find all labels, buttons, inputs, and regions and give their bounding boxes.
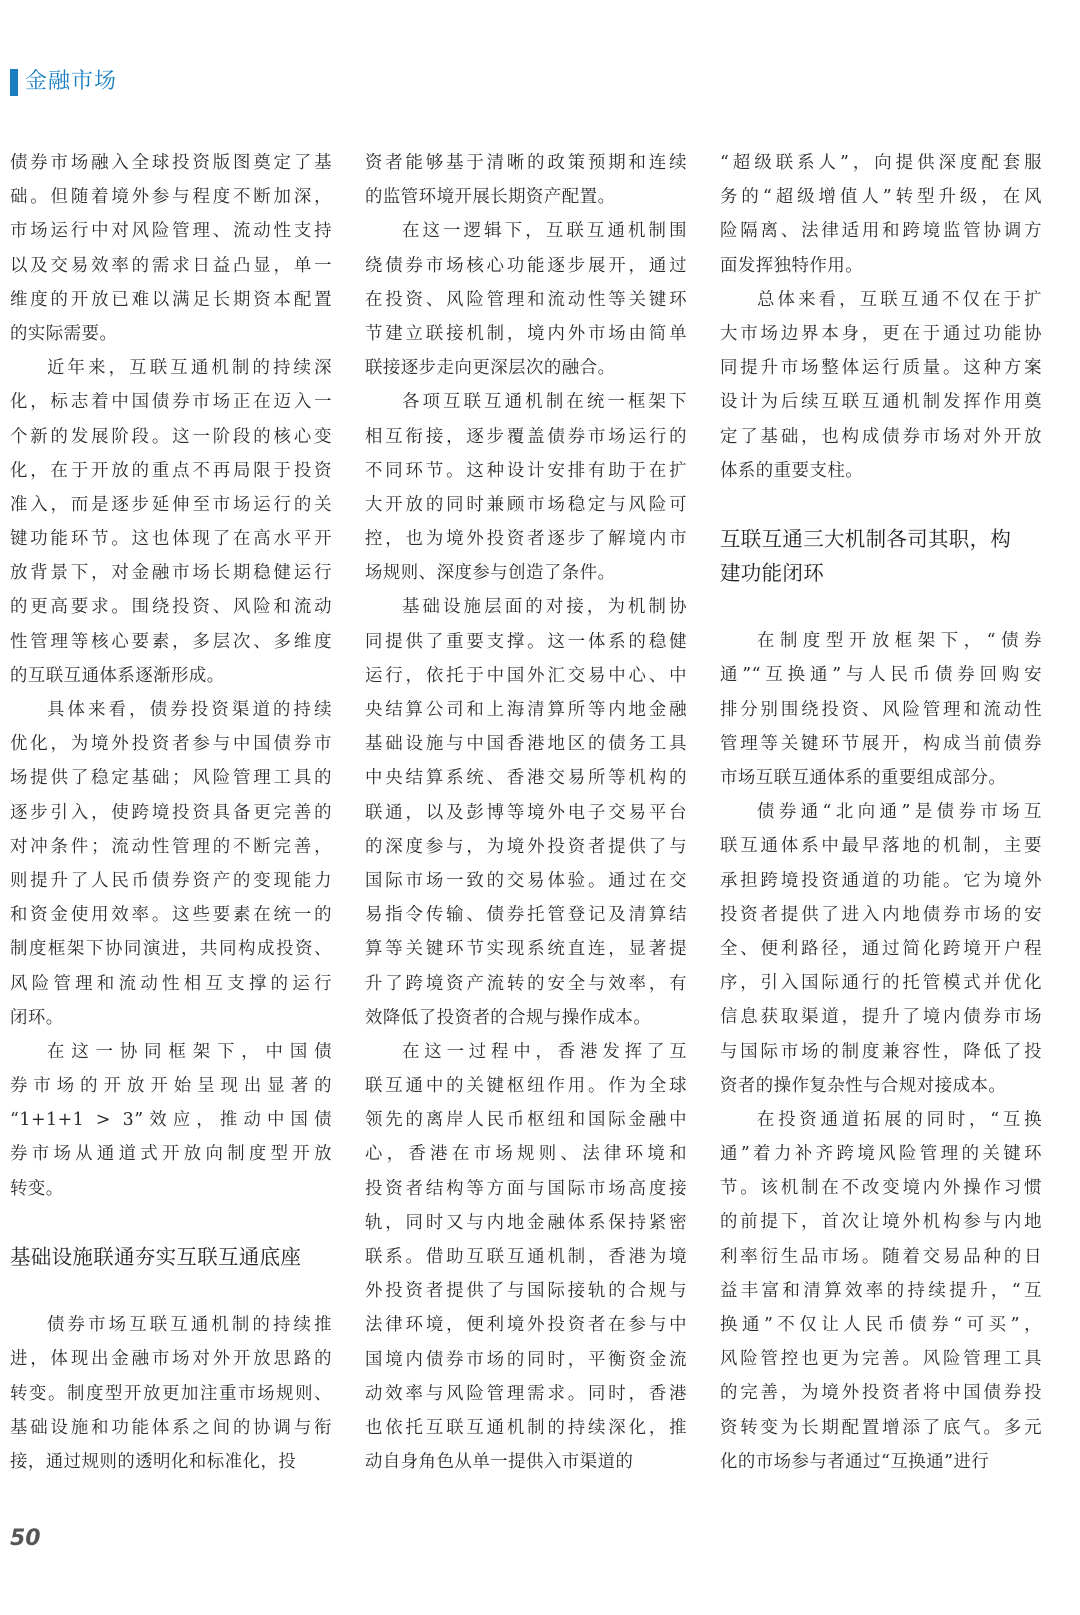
text-line: 动自身角色从单一提供入市渠道的 [365, 1445, 687, 1479]
text-line: 转变。 [10, 1172, 332, 1206]
text-line: 投资者结构等方面与国际市场高度接 [365, 1172, 687, 1206]
text-line: 益丰富和清算效率的持续提升，“互 [720, 1274, 1042, 1308]
text-line: “1+1+1 > 3”效应，推动中国债 [10, 1103, 332, 1137]
text-line: 优化，为境外投资者参与中国债券市 [10, 727, 332, 761]
text-line: 接，通过规则的透明化和标准化，投 [10, 1445, 332, 1479]
article-column-3: “超级联系人”，向提供深度配套服务的“超级增值人”转型升级，在风险隔离、法律适用… [720, 146, 1042, 1479]
paragraph: 在这一过程中，香港发挥了互联互通中的关键枢纽作用。作为全球领先的离岸人民币枢纽和… [365, 1035, 687, 1479]
text-line: 化，在于开放的重点不再局限于投资 [10, 454, 332, 488]
text-line: 则提升了人民币债券资产的变现能力 [10, 864, 332, 898]
text-line: 算等关键环节实现系统直连，显著提 [365, 932, 687, 966]
text-line: 节建立联接机制，境内外市场由简单 [365, 317, 687, 351]
text-line: 具体来看，债券投资渠道的持续 [10, 693, 332, 727]
text-line: 对冲条件；流动性管理的不断完善， [10, 830, 332, 864]
text-line: 基础设施层面的对接，为机制协 [365, 590, 687, 624]
heading-line: 基础设施联通夯实互联互通底座 [10, 1240, 332, 1274]
text-line: 联互通中的关键枢纽作用。作为全球 [365, 1069, 687, 1103]
spacer [720, 590, 1042, 624]
paragraph: 债券市场融入全球投资版图奠定了基础。但随着境外参与程度不断加深，市场运行中对风险… [10, 146, 332, 351]
text-line: 基础设施和功能体系之间的协调与衔 [10, 1411, 332, 1445]
article-column-1: 债券市场融入全球投资版图奠定了基础。但随着境外参与程度不断加深，市场运行中对风险… [10, 146, 332, 1479]
paragraph: 近年来，互联互通机制的持续深化，标志着中国债券市场正在迈入一个新的发展阶段。这一… [10, 351, 332, 693]
text-line: 近年来，互联互通机制的持续深 [10, 351, 332, 385]
text-line: 券市场的开放开始呈现出显著的 [10, 1069, 332, 1103]
text-line: 风险管控也更为完善。风险管理工具 [720, 1342, 1042, 1376]
text-line: 债券市场互联互通机制的持续推 [10, 1308, 332, 1342]
text-line: 联接逐步走向更深层次的融合。 [365, 351, 687, 385]
text-line: 控，也为境外投资者逐步了解境内市 [365, 522, 687, 556]
text-line: 险隔离、法律适用和跨境监管协调方 [720, 214, 1042, 248]
text-line: 键功能环节。这也体现了在高水平开 [10, 522, 332, 556]
text-line: 资者能够基于清晰的政策预期和连续 [365, 146, 687, 180]
paragraph: 在这一逻辑下，互联互通机制围绕债券市场核心功能逐步展开，通过在投资、风险管理和流… [365, 214, 687, 385]
text-line: 升了跨境资产流转的安全与效率，有 [365, 967, 687, 1001]
heading-line: 互联互通三大机制各司其职，构 [720, 522, 1042, 556]
text-line: 全、便利路径，通过简化跨境开户程 [720, 932, 1042, 966]
text-line: 资者的操作复杂性与合规对接成本。 [720, 1069, 1042, 1103]
text-line: 体系的重要支柱。 [720, 454, 1042, 488]
text-line: 大市场边界本身，更在于通过功能协 [720, 317, 1042, 351]
paragraph: 具体来看，债券投资渠道的持续优化，为境外投资者参与中国债券市场提供了稳定基础；风… [10, 693, 332, 1035]
text-line: 闭环。 [10, 1001, 332, 1035]
section-heading: 基础设施联通夯实互联互通底座 [10, 1240, 332, 1274]
text-line: 各项互联互通机制在统一框架下 [365, 385, 687, 419]
text-line: 在这一逻辑下，互联互通机制围 [365, 214, 687, 248]
text-line: 制度框架下协同演进，共同构成投资、 [10, 932, 332, 966]
text-line: 国境内债券市场的同时，平衡资金流 [365, 1343, 687, 1377]
text-line: 的完善，为境外投资者将中国债券投 [720, 1376, 1042, 1410]
text-line: 联通，以及彭博等境外电子交易平台 [365, 796, 687, 830]
text-line: 场规则、深度参与创造了条件。 [365, 556, 687, 590]
text-line: 节。该机制在不改变境内外操作习惯 [720, 1171, 1042, 1205]
text-line: 和资金使用效率。这些要素在统一的 [10, 898, 332, 932]
text-line: 总体来看，互联互通不仅在于扩 [720, 283, 1042, 317]
text-line: 在制度型开放框架下，“债券 [720, 624, 1042, 658]
text-line: 在投资通道拓展的同时，“互换 [720, 1103, 1042, 1137]
text-line: 利率衍生品市场。随着交易品种的日 [720, 1240, 1042, 1274]
text-line: 设计为后续互联互通机制发挥作用奠 [720, 385, 1042, 419]
text-line: 相互衔接，逐步覆盖债券市场运行的 [365, 420, 687, 454]
section-header: 金融市场 [10, 66, 117, 98]
text-line: 以及交易效率的需求日益凸显，单一 [10, 249, 332, 283]
section-heading: 互联互通三大机制各司其职，构建功能闭环 [720, 522, 1042, 590]
text-line: 债券市场融入全球投资版图奠定了基 [10, 146, 332, 180]
page-number: 50 [10, 1526, 41, 1551]
text-line: 化的市场参与者通过“互换通”进行 [720, 1445, 1042, 1479]
text-line: 进，体现出金融市场对外开放思路的 [10, 1342, 332, 1376]
paragraph: 各项互联互通机制在统一框架下相互衔接，逐步覆盖债券市场运行的不同环节。这种设计安… [365, 385, 687, 590]
text-line: 在这一协同框架下，中国债 [10, 1035, 332, 1069]
paragraph: 在制度型开放框架下，“债券通”“互换通”与人民币债券回购安排分别围绕投资、风险管… [720, 624, 1042, 795]
text-line: 轨，同时又与内地金融体系保持紧密 [365, 1206, 687, 1240]
text-line: 通”着力补齐跨境风险管理的关键环 [720, 1137, 1042, 1171]
text-line: 的监管环境开展长期资产配置。 [365, 180, 687, 214]
paragraph: 资者能够基于清晰的政策预期和连续的监管环境开展长期资产配置。 [365, 146, 687, 214]
text-line: 投资者提供了进入内地债券市场的安 [720, 898, 1042, 932]
text-line: 序，引入国际通行的托管模式并优化 [720, 966, 1042, 1000]
text-line: 效降低了投资者的合规与操作成本。 [365, 1001, 687, 1035]
text-line: 场提供了稳定基础；风险管理工具的 [10, 761, 332, 795]
text-line: 国际市场一致的交易体验。通过在交 [365, 864, 687, 898]
text-line: 维度的开放已难以满足长期资本配置 [10, 283, 332, 317]
text-line: 券市场从通道式开放向制度型开放 [10, 1137, 332, 1171]
text-line: 逐步引入，使跨境投资具备更完善的 [10, 796, 332, 830]
paragraph: 债券市场互联互通机制的持续推进，体现出金融市场对外开放思路的转变。制度型开放更加… [10, 1308, 332, 1479]
paragraph: 基础设施层面的对接，为机制协同提供了重要支撑。这一体系的稳健运行，依托于中国外汇… [365, 590, 687, 1034]
text-line: “超级联系人”，向提供深度配套服 [720, 146, 1042, 180]
text-line: 联系。借助互联互通机制，香港为境 [365, 1240, 687, 1274]
text-line: 大开放的同时兼顾市场稳定与风险可 [365, 488, 687, 522]
text-line: 换通”不仅让人民币债券“可买”， [720, 1308, 1042, 1342]
text-line: 中央结算系统、香港交易所等机构的 [365, 761, 687, 795]
text-line: 与国际市场的制度兼容性，降低了投 [720, 1035, 1042, 1069]
text-line: 务的“超级增值人”转型升级，在风 [720, 180, 1042, 214]
text-line: 绕债券市场核心功能逐步展开，通过 [365, 249, 687, 283]
text-line: 在这一过程中，香港发挥了互 [365, 1035, 687, 1069]
text-line: 同提升市场整体运行质量。这种方案 [720, 351, 1042, 385]
text-line: 不同环节。这种设计安排有助于在扩 [365, 454, 687, 488]
text-line: 法律环境，便利境外投资者在参与中 [365, 1308, 687, 1342]
spacer [10, 1206, 332, 1240]
section-bar-icon [10, 69, 18, 96]
text-line: 管理等关键环节展开，构成当前债券 [720, 727, 1042, 761]
text-line: 易指令传输、债券托管登记及清算结 [365, 898, 687, 932]
article-column-2: 资者能够基于清晰的政策预期和连续的监管环境开展长期资产配置。在这一逻辑下，互联互… [365, 146, 687, 1479]
spacer [720, 488, 1042, 522]
text-line: 承担跨境投资通道的功能。它为境外 [720, 864, 1042, 898]
text-line: 础。但随着境外参与程度不断加深， [10, 180, 332, 214]
paragraph: 在投资通道拓展的同时，“互换通”着力补齐跨境风险管理的关键环节。该机制在不改变境… [720, 1103, 1042, 1479]
text-line: 准入，而是逐步延伸至市场运行的关 [10, 488, 332, 522]
spacer [10, 1274, 332, 1308]
text-line: 资转变为长期配置增添了底气。多元 [720, 1411, 1042, 1445]
text-line: 定了基础，也构成债券市场对外开放 [720, 420, 1042, 454]
text-line: 同提供了重要支撑。这一体系的稳健 [365, 625, 687, 659]
text-line: 领先的离岸人民币枢纽和国际金融中 [365, 1103, 687, 1137]
paragraph: 债券通“北向通”是债券市场互联互通体系中最早落地的机制，主要承担跨境投资通道的功… [720, 795, 1042, 1103]
text-line: 市场运行中对风险管理、流动性支持 [10, 214, 332, 248]
text-line: 个新的发展阶段。这一阶段的核心变 [10, 420, 332, 454]
text-line: 风险管理和流动性相互支撑的运行 [10, 967, 332, 1001]
text-line: 联互通体系中最早落地的机制，主要 [720, 829, 1042, 863]
text-line: 的互联互通体系逐渐形成。 [10, 659, 332, 693]
text-line: 在投资、风险管理和流动性等关键环 [365, 283, 687, 317]
text-line: 的实际需要。 [10, 317, 332, 351]
text-line: 化，标志着中国债券市场正在迈入一 [10, 385, 332, 419]
paragraph: 总体来看，互联互通不仅在于扩大市场边界本身，更在于通过功能协同提升市场整体运行质… [720, 283, 1042, 488]
text-line: 性管理等核心要素，多层次、多维度 [10, 625, 332, 659]
text-line: 运行，依托于中国外汇交易中心、中 [365, 659, 687, 693]
text-line: 心，香港在市场规则、法律环境和 [365, 1137, 687, 1171]
text-line: 转变。制度型开放更加注重市场规则、 [10, 1377, 332, 1411]
text-line: 市场互联互通体系的重要组成部分。 [720, 761, 1042, 795]
text-line: 的深度参与，为境外投资者提供了与 [365, 830, 687, 864]
text-line: 信息获取渠道，提升了境内债券市场 [720, 1000, 1042, 1034]
paragraph: “超级联系人”，向提供深度配套服务的“超级增值人”转型升级，在风险隔离、法律适用… [720, 146, 1042, 283]
text-line: 动效率与风险管理需求。同时，香港 [365, 1377, 687, 1411]
text-line: 排分别围绕投资、风险管理和流动性 [720, 693, 1042, 727]
text-line: 债券通“北向通”是债券市场互 [720, 795, 1042, 829]
heading-line: 建功能闭环 [720, 556, 1042, 590]
text-line: 的前提下，首次让境外机构参与内地 [720, 1205, 1042, 1239]
text-line: 基础设施与中国香港地区的债务工具 [365, 727, 687, 761]
paragraph: 在这一协同框架下，中国债券市场的开放开始呈现出显著的“1+1+1 > 3”效应，… [10, 1035, 332, 1206]
section-title: 金融市场 [25, 71, 117, 93]
text-line: 央结算公司和上海清算所等内地金融 [365, 693, 687, 727]
text-line: 外投资者提供了与国际接轨的合规与 [365, 1274, 687, 1308]
text-line: 放背景下，对金融市场长期稳健运行 [10, 556, 332, 590]
text-line: 面发挥独特作用。 [720, 249, 1042, 283]
text-line: 的更高要求。围绕投资、风险和流动 [10, 590, 332, 624]
text-line: 也依托互联互通机制的持续深化，推 [365, 1411, 687, 1445]
text-line: 通”“互换通”与人民币债券回购安 [720, 658, 1042, 692]
